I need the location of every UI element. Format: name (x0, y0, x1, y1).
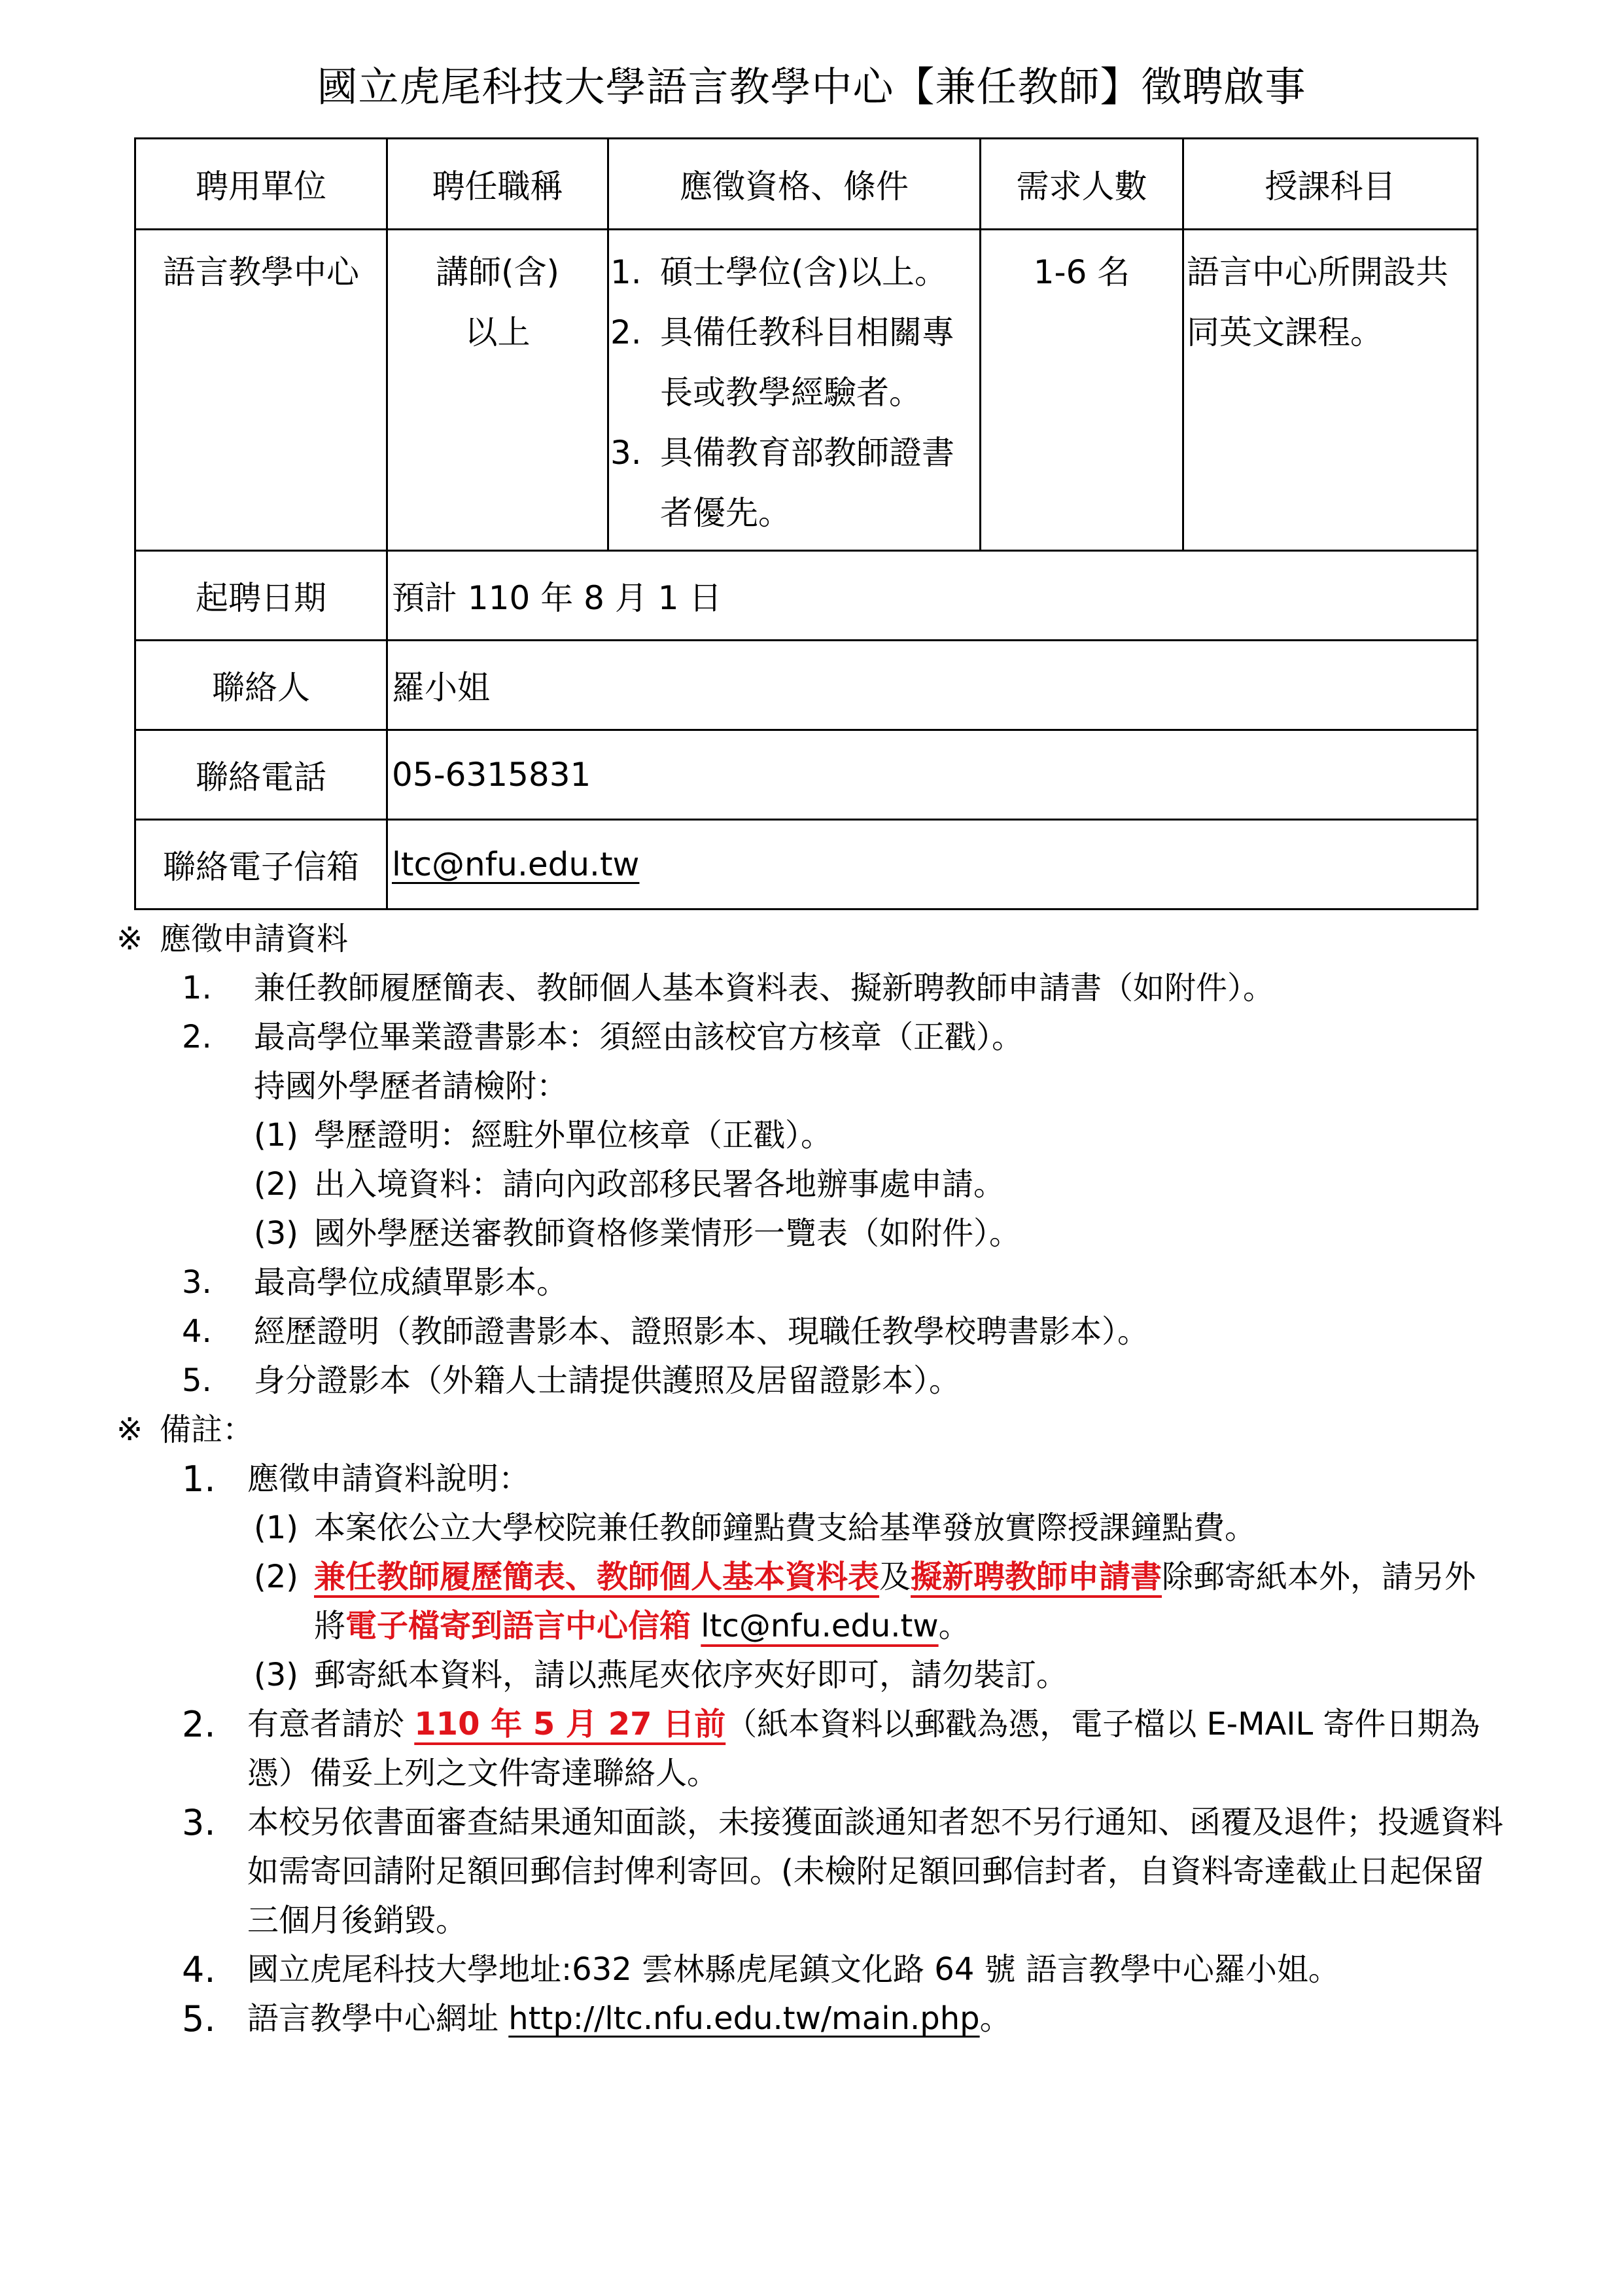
cell-count: 1-6 名 (981, 230, 1183, 551)
notes-section: ※ 備註： 1. 應徵申請資料說明： (1) 本案依公立大學校院兼任教師鐘點費支… (116, 1405, 1503, 2043)
notes-item: 5. 語言教學中心網址 http://ltc.nfu.edu.tw/main.p… (116, 1994, 1503, 2043)
notes-heading: ※ 備註： (116, 1405, 1503, 1455)
page-title: 國立虎尾科技大學語言教學中心【兼任教師】徵聘啟事 (0, 58, 1623, 116)
application-item-extra: 持國外學歷者請檢附： (116, 1062, 1503, 1111)
info-row-contact: 聯絡人 羅小姐 (135, 641, 1478, 730)
cell-unit: 語言教學中心 (135, 230, 387, 551)
sections: ※ 應徵申請資料 1. 兼任教師履歷簡表、教師個人基本資料表、擬新聘教師申請書（… (116, 915, 1503, 2043)
application-item: 2. 最高學位畢業證書影本：須經由該校官方核章（正戳）。 (116, 1013, 1503, 1062)
header-position: 聘任職稱 (387, 139, 608, 230)
notes-item: 2. 有意者請於 110 年 5 月 27 日前（紙本資料以郵戳為憑，電子檔以 … (116, 1700, 1503, 1798)
header-unit: 聘用單位 (135, 139, 387, 230)
email-link[interactable]: ltc@nfu.edu.tw (701, 1608, 938, 1644)
qualification-item: 2. 具備任教科目相關專長或教學經驗者。 (610, 302, 975, 423)
position-line2: 以上 (392, 302, 603, 362)
info-row-phone: 聯絡電話 05-6315831 (135, 730, 1478, 820)
value-contact: 羅小姐 (387, 641, 1478, 730)
notes-item: 3. 本校另依書面審查結果通知面談，未接獲面談通知者恕不另行通知、函覆及退件；投… (116, 1798, 1503, 1945)
application-item: 4. 經歷證明（教師證書影本、證照影本、現職任教學校聘書影本）。 (116, 1307, 1503, 1356)
reference-mark-icon: ※ (116, 1405, 160, 1455)
notes-item: 4. 國立虎尾科技大學地址:632 雲林縣虎尾鎮文化路 64 號 語言教學中心羅… (116, 1945, 1503, 1994)
notes-subitem: (2) 兼任教師履歷簡表、教師個人基本資料表及擬新聘教師申請書除郵寄紙本外，請另… (254, 1553, 1503, 1651)
application-subitem: (2) 出入境資料：請向內政部移民署各地辦事處申請。 (254, 1160, 1503, 1209)
notes-item: 1. 應徵申請資料說明： (116, 1455, 1503, 1504)
reference-mark-icon: ※ (116, 915, 160, 964)
notes-subitem: (3) 郵寄紙本資料，請以燕尾夾依序夾好即可，請勿裝訂。 (254, 1651, 1503, 1700)
position-line1: 講師(含) (392, 242, 603, 302)
cell-qualifications: 1. 碩士學位(含)以上。 2. 具備任教科目相關專長或教學經驗者。 3. 具備… (608, 230, 981, 551)
table-header-row: 聘用單位 聘任職稱 應徵資格、條件 需求人數 授課科目 (135, 139, 1478, 230)
highlight-forms-1: 兼任教師履歷簡表、教師個人基本資料表 (314, 1559, 879, 1595)
value-start-date: 預計 110 年 8 月 1 日 (387, 551, 1478, 641)
label-contact: 聯絡人 (135, 641, 387, 730)
notes-subitem: (1) 本案依公立大學校院兼任教師鐘點費支給基準發放實際授課鐘點費。 (254, 1504, 1503, 1553)
highlight-forms-2: 擬新聘教師申請書 (911, 1559, 1162, 1595)
notes-subitems: (1) 本案依公立大學校院兼任教師鐘點費支給基準發放實際授課鐘點費。 (2) 兼… (116, 1504, 1503, 1700)
info-row-start-date: 起聘日期 預計 110 年 8 月 1 日 (135, 551, 1478, 641)
application-subitem: (3) 國外學歷送審教師資格修業情形一覽表（如附件）。 (254, 1209, 1503, 1258)
qualification-item: 1. 碩士學位(含)以上。 (610, 242, 975, 302)
application-item: 1. 兼任教師履歷簡表、教師個人基本資料表、擬新聘教師申請書（如附件）。 (116, 964, 1503, 1013)
cell-position: 講師(含) 以上 (387, 230, 608, 551)
application-item: 5. 身分證影本（外籍人士請提供護照及居留證影本）。 (116, 1356, 1503, 1405)
qualification-item: 3. 具備教育部教師證書者優先。 (610, 423, 975, 543)
email-link[interactable]: ltc@nfu.edu.tw (392, 845, 639, 883)
application-item: 3. 最高學位成績單影本。 (116, 1258, 1503, 1307)
application-subitems: (1) 學歷證明：經駐外單位核章（正戳）。 (2) 出入境資料：請向內政部移民署… (116, 1111, 1503, 1258)
application-heading: ※ 應徵申請資料 (116, 915, 1503, 964)
value-phone: 05-6315831 (387, 730, 1478, 820)
table-row: 語言教學中心 講師(含) 以上 1. 碩士學位(含)以上。 2. 具備任教科目相… (135, 230, 1478, 551)
website-link[interactable]: http://ltc.nfu.edu.tw/main.php (508, 2000, 979, 2037)
highlight-email-instruction: 電子檔寄到語言中心信箱 (345, 1608, 691, 1644)
info-row-email: 聯絡電子信箱 ltc@nfu.edu.tw (135, 820, 1478, 910)
header-count: 需求人數 (981, 139, 1183, 230)
value-email: ltc@nfu.edu.tw (387, 820, 1478, 910)
cell-subject: 語言中心所開設共同英文課程。 (1183, 230, 1478, 551)
application-subitem: (1) 學歷證明：經駐外單位核章（正戳）。 (254, 1111, 1503, 1160)
label-email: 聯絡電子信箱 (135, 820, 387, 910)
label-start-date: 起聘日期 (135, 551, 387, 641)
deadline: 110 年 5 月 27 日前 (414, 1706, 725, 1742)
recruitment-table: 聘用單位 聘任職稱 應徵資格、條件 需求人數 授課科目 語言教學中心 講師(含)… (134, 137, 1478, 910)
label-phone: 聯絡電話 (135, 730, 387, 820)
header-subject: 授課科目 (1183, 139, 1478, 230)
header-qualifications: 應徵資格、條件 (608, 139, 981, 230)
